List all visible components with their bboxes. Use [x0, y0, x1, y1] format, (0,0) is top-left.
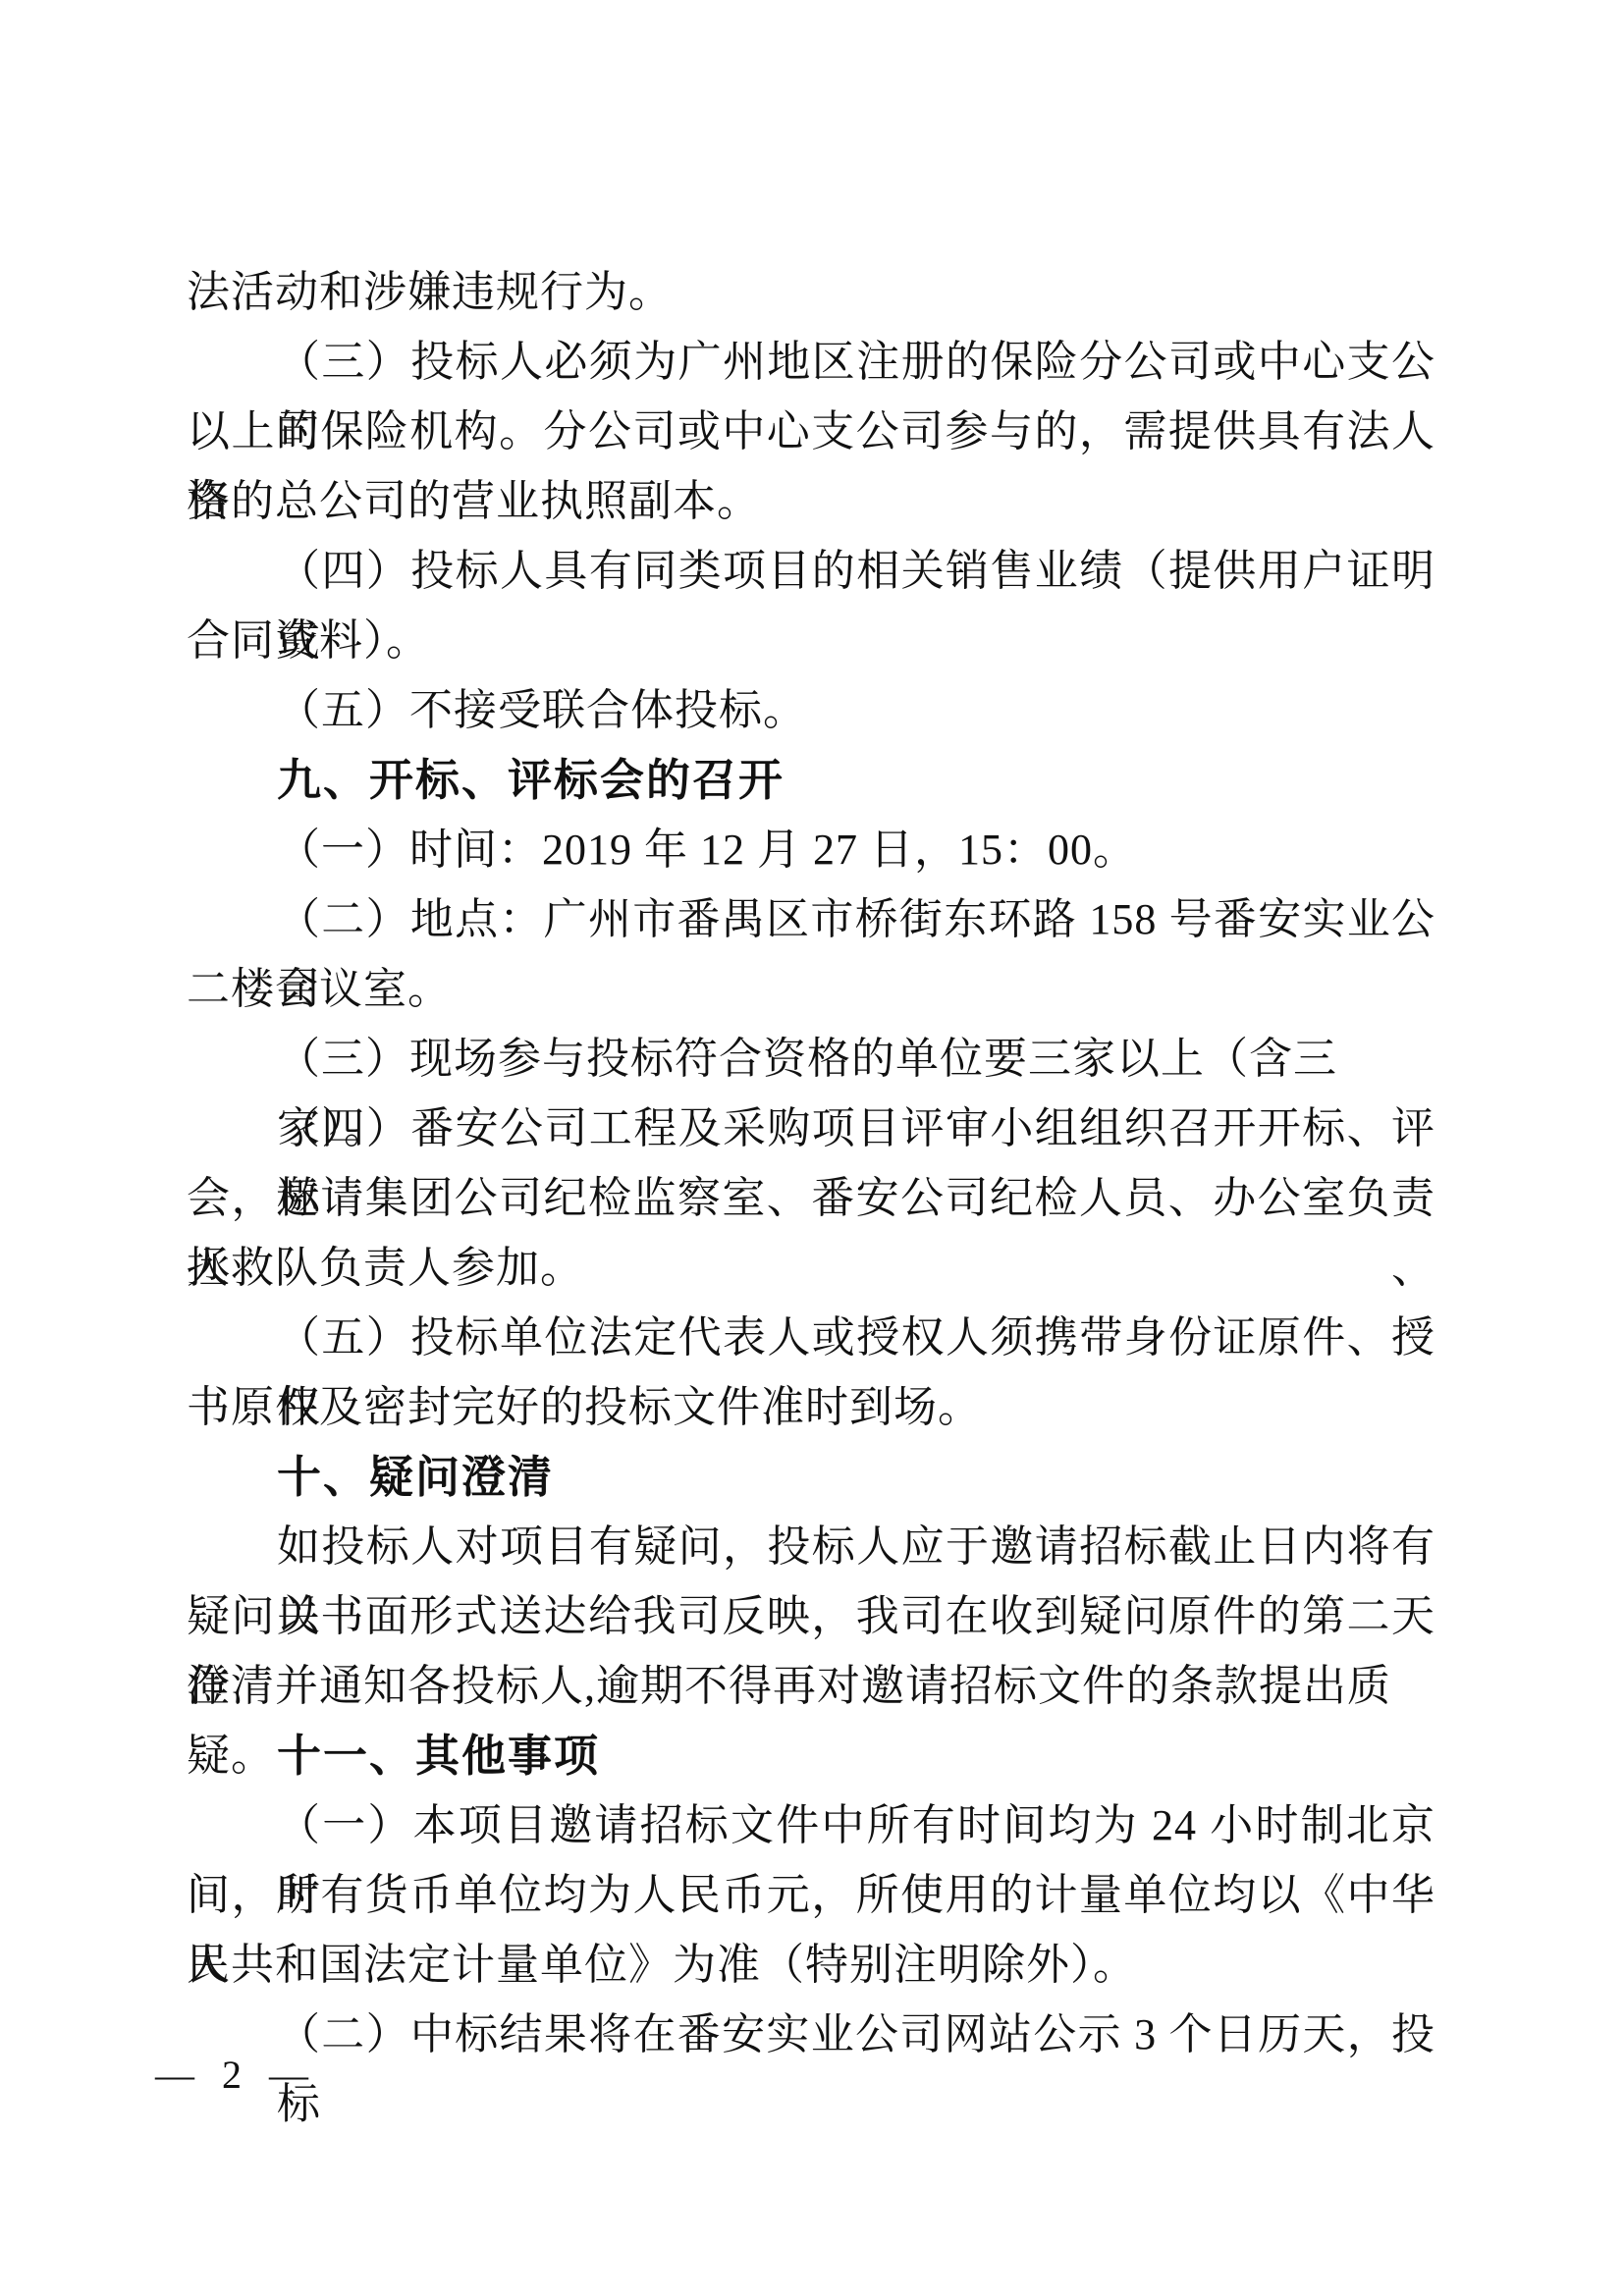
body-line-sec10-para-cont-2: 澄清并通知各投标人,逾期不得再对邀请招标文件的条款提出质疑。 [187, 1651, 1435, 1721]
body-line-item-3-cont-1: 以上的保险机构。分公司或中心支公司参与的，需提供具有法人资 [187, 397, 1435, 466]
body-line-sec9-item-4-cont-1: 会，邀请集团公司纪检监察室、番安公司纪检人员、办公室负责人、 [187, 1163, 1435, 1233]
body-line-sec9-item-2: （二）地点：广州市番禺区市桥街东环路 158 号番安实业公司 [187, 884, 1435, 954]
body-line-sec9-item-3: （三）现场参与投标符合资格的单位要三家以上（含三家）。 [187, 1024, 1435, 1094]
body-line-item-3: （三）投标人必须为广州地区注册的保险分公司或中心支公司 [187, 327, 1435, 397]
body-line-sec9-item-5-cont: 书原件及密封完好的投标文件准时到场。 [187, 1372, 1435, 1442]
body-line-item-5: （五）不接受联合体投标。 [187, 675, 1435, 745]
body-line-sec9-item-5: （五）投标单位法定代表人或授权人须携带身份证原件、授权 [187, 1303, 1435, 1372]
body-line-sec10-para: 如投标人对项目有疑问，投标人应于邀请招标截止日内将有关 [187, 1512, 1435, 1581]
body-line-sec9-item-1: （一）时间：2019 年 12 月 27 日，15：00。 [187, 815, 1435, 884]
heading-section-9: 九、开标、评标会的召开 [187, 745, 1435, 815]
heading-section-10: 十、疑问澄清 [187, 1442, 1435, 1512]
body-line-sec11-item-1-cont-1: 间，所有货币单位均为人民币元，所使用的计量单位均以《中华人 [187, 1860, 1435, 1930]
body-line-item-4-cont: 合同资料）。 [187, 606, 1435, 675]
body-line-sec11-item-1: （一）本项目邀请招标文件中所有时间均为 24 小时制北京时 [187, 1790, 1435, 1860]
document-body: 法活动和涉嫌违规行为。 （三）投标人必须为广州地区注册的保险分公司或中心支公司 … [187, 257, 1435, 2069]
body-line-item-3-cont-2: 格的总公司的营业执照副本。 [187, 466, 1435, 536]
body-line-item-4: （四）投标人具有同类项目的相关销售业绩（提供用户证明或 [187, 536, 1435, 606]
body-line-continuation: 法活动和涉嫌违规行为。 [187, 257, 1435, 327]
page-number: — 2 — [155, 2052, 310, 2099]
body-line-sec11-item-1-cont-2: 民共和国法定计量单位》为准（特别注明除外）。 [187, 1930, 1435, 2000]
body-line-sec10-para-cont-1: 疑问以书面形式送达给我司反映，我司在收到疑问原件的第二天作 [187, 1581, 1435, 1651]
heading-section-11: 十一、其他事项 [187, 1721, 1435, 1790]
body-line-sec9-item-2-cont: 二楼会议室。 [187, 954, 1435, 1024]
body-line-sec9-item-4: （四）番安公司工程及采购项目评审小组组织召开开标、评标 [187, 1094, 1435, 1163]
body-line-sec11-item-2: （二）中标结果将在番安实业公司网站公示 3 个日历天，投标 [187, 2000, 1435, 2069]
document-page: 法活动和涉嫌违规行为。 （三）投标人必须为广州地区注册的保险分公司或中心支公司 … [0, 0, 1624, 2296]
